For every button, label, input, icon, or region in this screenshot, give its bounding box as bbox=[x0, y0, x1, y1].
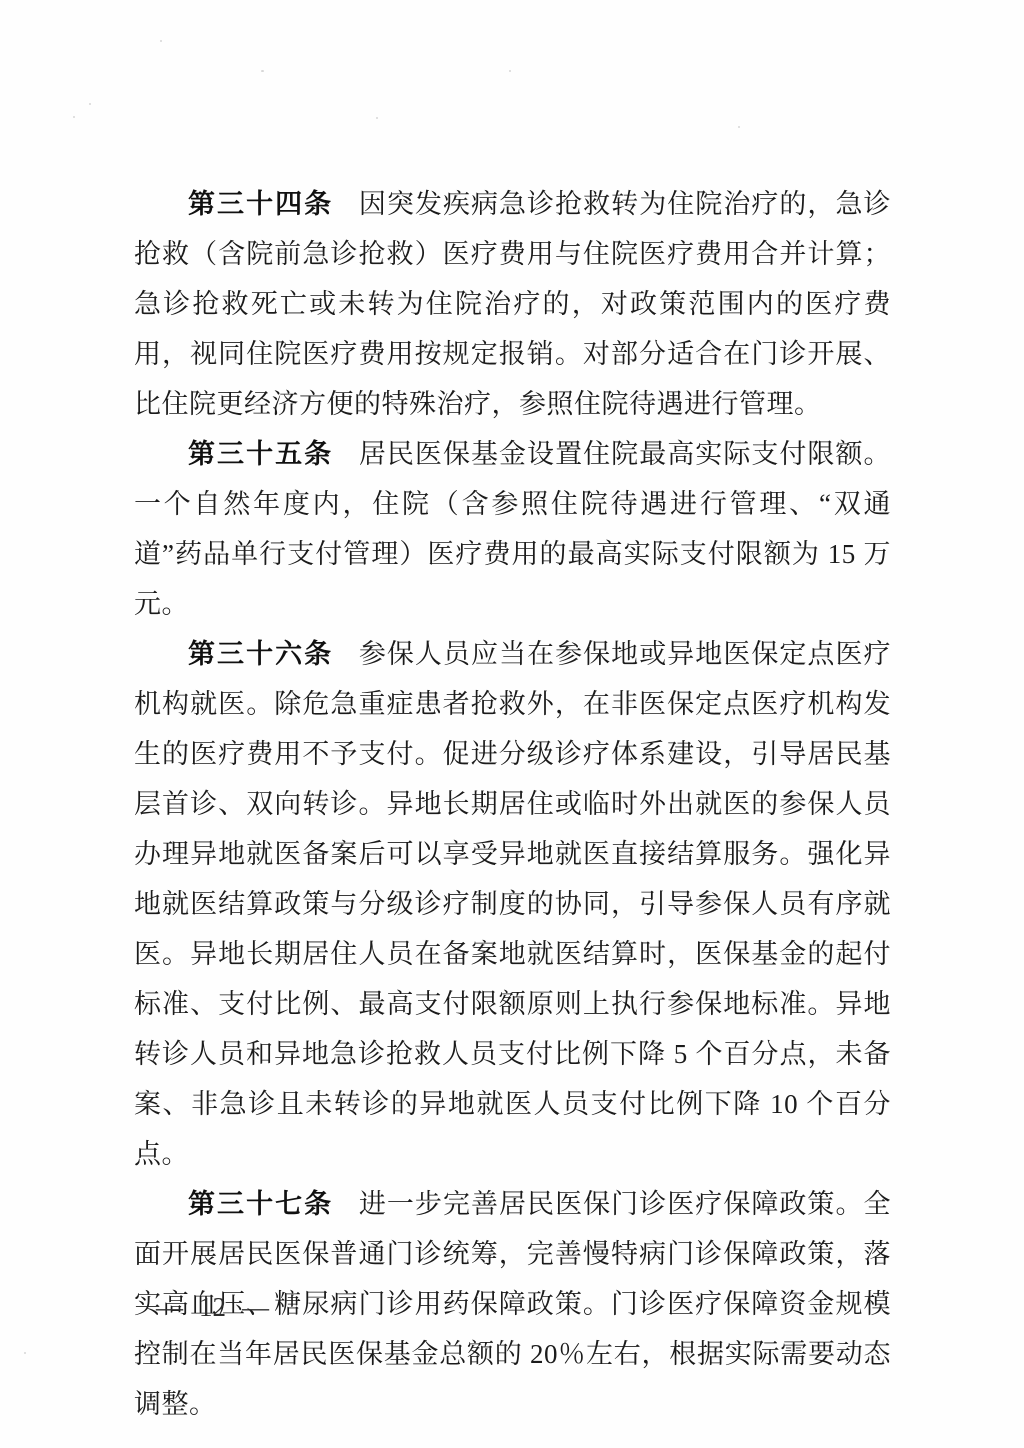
scan-speck bbox=[261, 70, 264, 72]
scanned-document-page: 第三十四条因突发疾病急诊抢救转为住院治疗的，急诊抢救（含院前急诊抢救）医疗费用与… bbox=[0, 0, 1024, 1448]
scan-speck bbox=[509, 70, 511, 72]
article-text: 参保人员应当在参保地或异地医保定点医疗机构就医。除危急重症患者抢救外，在非医保定… bbox=[134, 639, 891, 1169]
footer-right-dash: — bbox=[242, 1289, 269, 1325]
document-body: 第三十四条因突发疾病急诊抢救转为住院治疗的，急诊抢救（含院前急诊抢救）医疗费用与… bbox=[134, 179, 891, 1429]
scan-speck bbox=[89, 103, 91, 105]
article-number: 第三十六条 bbox=[188, 639, 333, 669]
page-footer: —12— bbox=[156, 1289, 269, 1325]
scan-speck bbox=[738, 126, 740, 128]
article-paragraph: 第三十五条居民医保基金设置住院最高实际支付限额。一个自然年度内，住院（含参照住院… bbox=[134, 429, 891, 629]
article-number: 第三十七条 bbox=[188, 1189, 333, 1219]
article-paragraph: 第三十四条因突发疾病急诊抢救转为住院治疗的，急诊抢救（含院前急诊抢救）医疗费用与… bbox=[134, 179, 891, 429]
article-number: 第三十四条 bbox=[188, 189, 333, 219]
scan-speck bbox=[73, 116, 75, 118]
article-text: 因突发疾病急诊抢救转为住院治疗的，急诊抢救（含院前急诊抢救）医疗费用与住院医疗费… bbox=[134, 189, 891, 419]
scan-speck bbox=[24, 1352, 26, 1354]
page-number: 12 bbox=[199, 1289, 226, 1325]
footer-left-dash: — bbox=[156, 1289, 183, 1325]
scan-speck bbox=[160, 40, 162, 42]
article-paragraph: 第三十六条参保人员应当在参保地或异地医保定点医疗机构就医。除危急重症患者抢救外，… bbox=[134, 629, 891, 1179]
scan-speck bbox=[376, 117, 378, 119]
article-number: 第三十五条 bbox=[188, 439, 333, 469]
